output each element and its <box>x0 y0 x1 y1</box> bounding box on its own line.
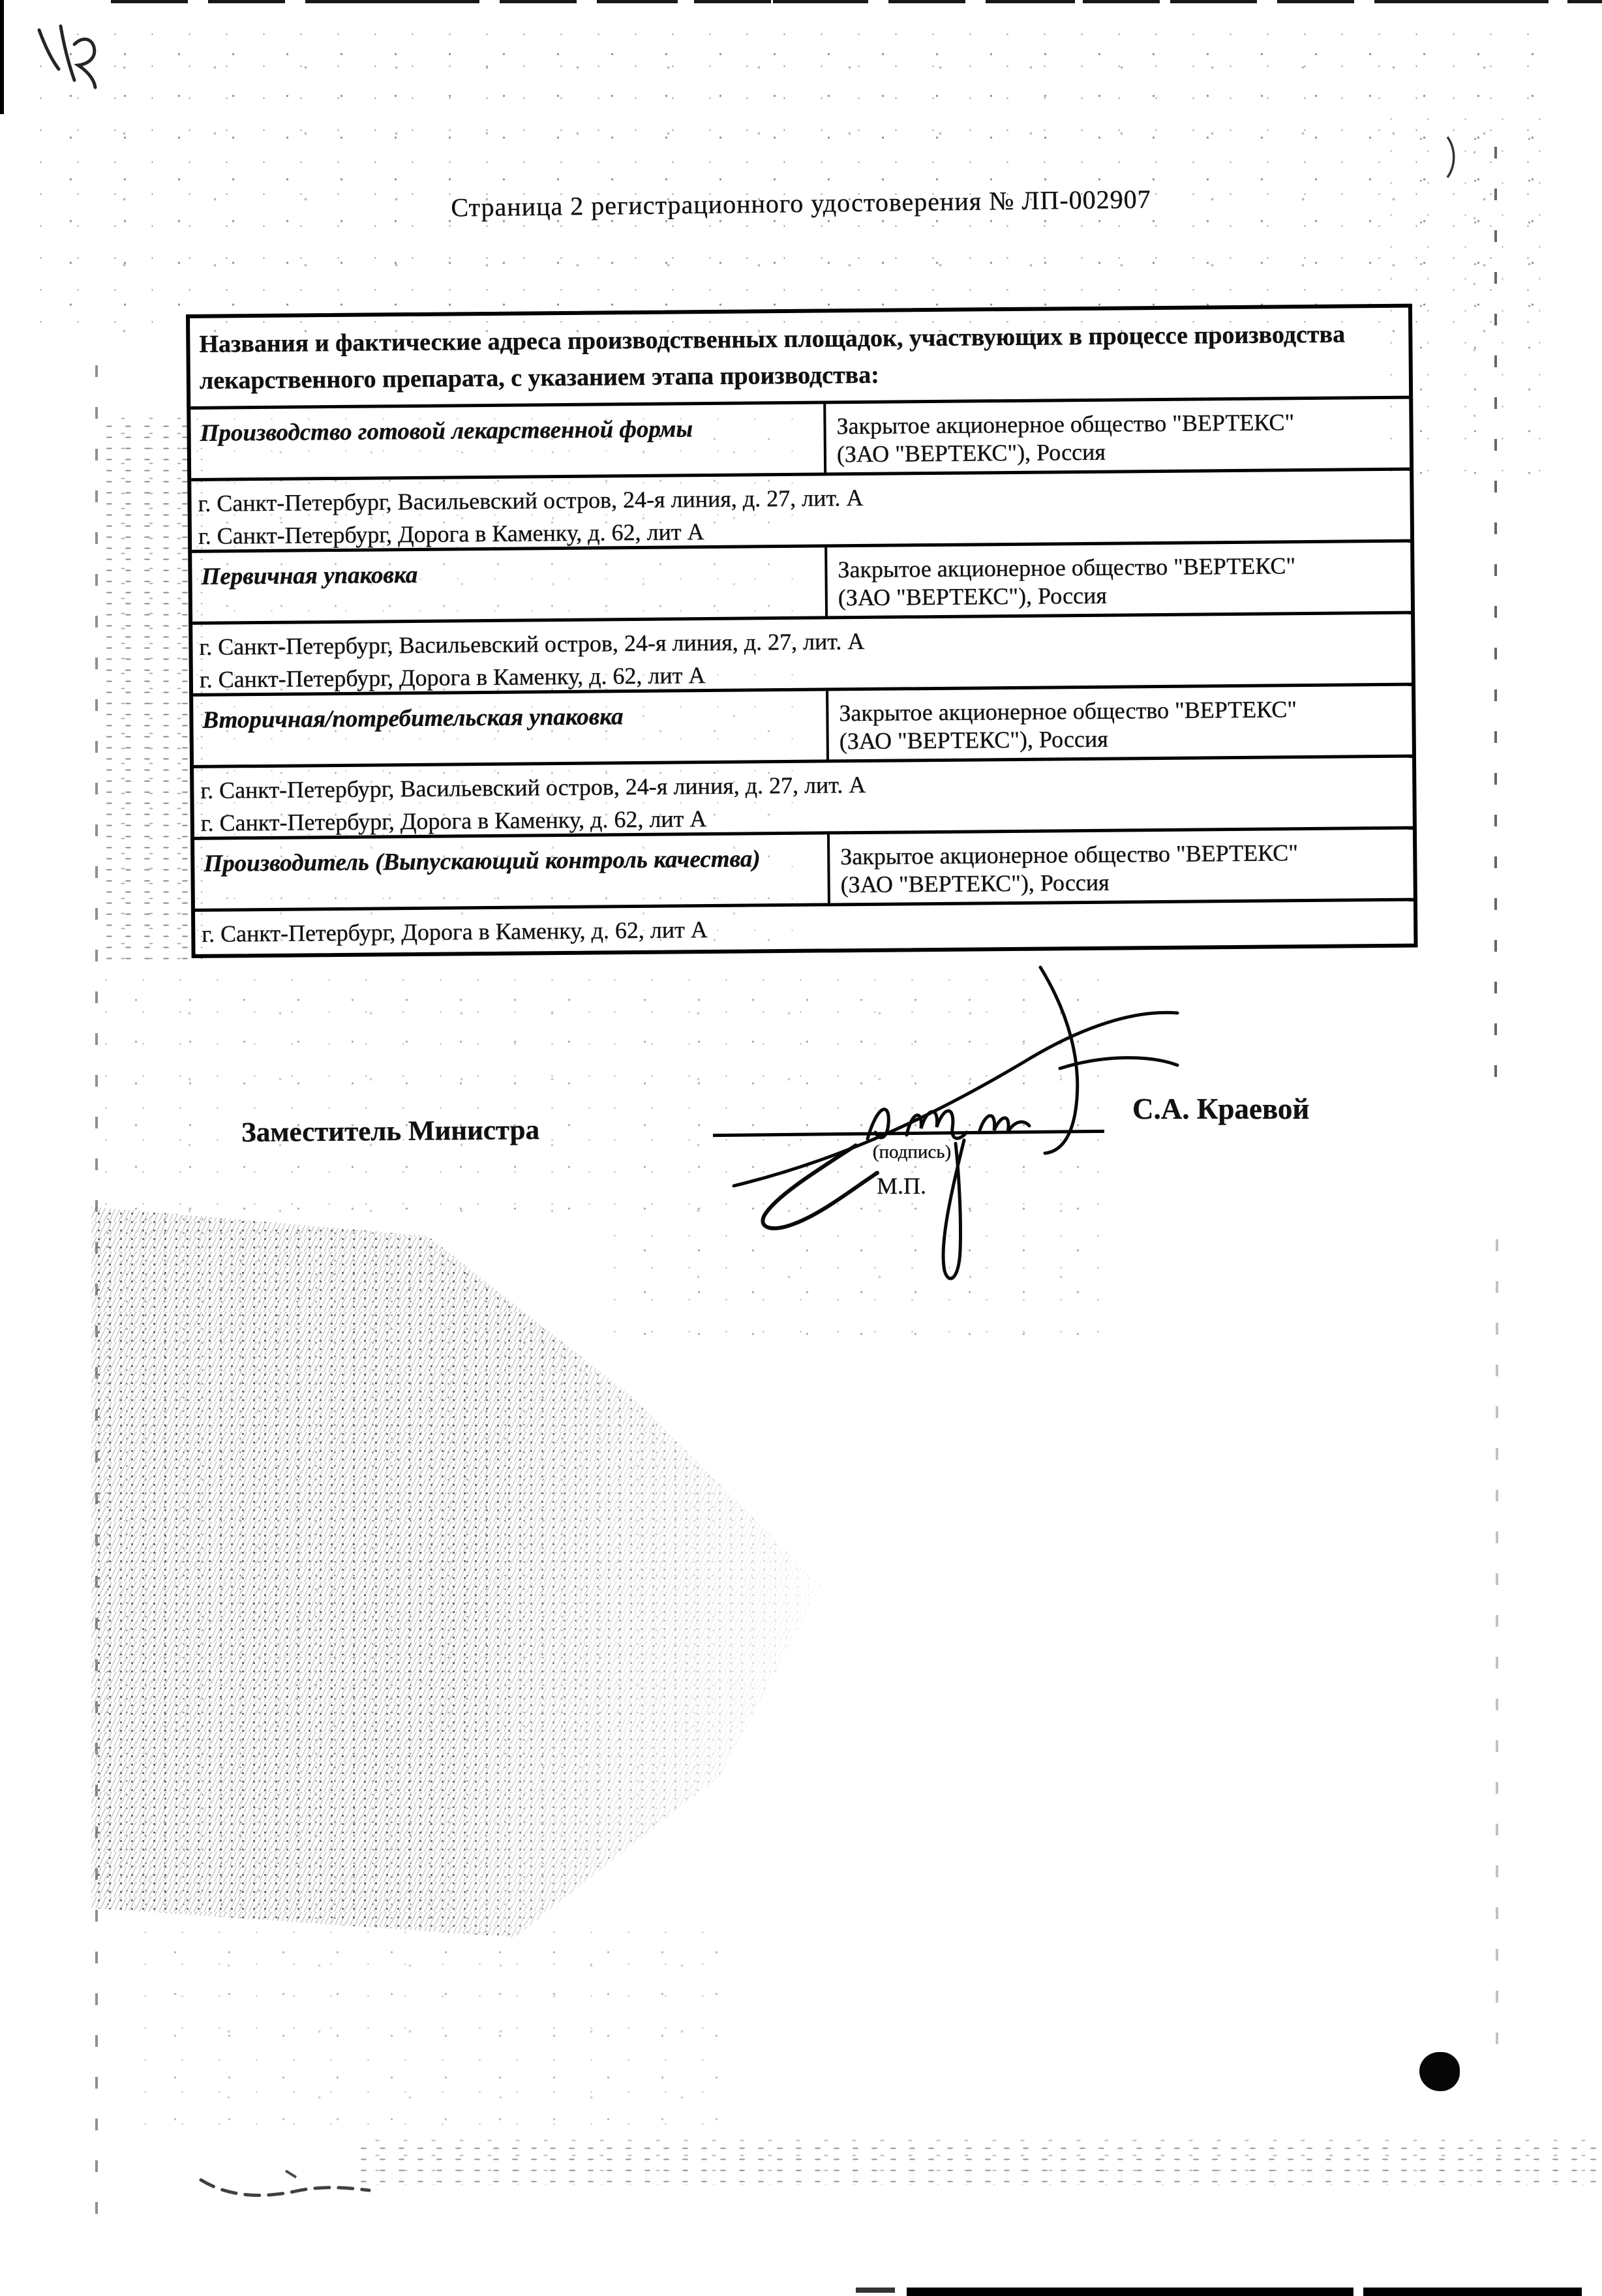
scan-noise-left-margin <box>98 417 202 965</box>
manufacturer-line: (ЗАО "ВЕРТЕКС"), Россия <box>838 579 1407 612</box>
table-row-addresses: г. Санкт-Петербург, Васильевский остров,… <box>194 755 1413 837</box>
manufacturer-line: (ЗАО "ВЕРТЕКС"), Россия <box>840 866 1409 899</box>
scan-noise-right-margin <box>1389 111 1559 476</box>
manufacturer-line: (ЗАО "ВЕРТЕКС"), Россия <box>837 436 1406 469</box>
table-row-addresses: г. Санкт-Петербург, Васильевский остров,… <box>191 468 1410 550</box>
stage-cell: Первичная упаковка <box>192 547 828 621</box>
manufacturer-line: Закрытое акционерное общество "ВЕРТЕКС" <box>838 551 1406 584</box>
table-row-production-stage: Производство готовой лекарственной формы… <box>190 396 1410 478</box>
scan-top-edge-dashes <box>111 0 1602 3</box>
table-row-addresses: г. Санкт-Петербург, Васильевский остров,… <box>192 611 1412 693</box>
handwritten-corner-mark <box>31 18 116 97</box>
manufacturer-line: Закрытое акционерное общество "ВЕРТЕКС" <box>840 838 1409 871</box>
stage-cell: Производитель (Выпускающий контроль каче… <box>194 834 830 908</box>
scan-left-edge-bar <box>0 0 4 114</box>
manufacturer-cell: Закрытое акционерное общество "ВЕРТЕКС" … <box>827 543 1411 616</box>
scan-noise-lower-left <box>144 1924 731 2139</box>
scan-right-margin-line <box>1494 147 1497 1106</box>
scan-noise-mid-left <box>104 972 600 1213</box>
page-title: Страница 2 регистрационного удостоверени… <box>0 178 1602 228</box>
table-row-primary-packaging: Первичная упаковка Закрытое акционерное … <box>192 539 1411 622</box>
signatory-title: Заместитель Министра <box>241 1114 539 1149</box>
signatory-name: С.А. Краевой <box>1132 1092 1309 1126</box>
scan-bottom-bar-right <box>1363 2288 1582 2296</box>
manufacturer-cell: Закрытое акционерное общество "ВЕРТЕКС" … <box>828 686 1412 760</box>
manufacturer-cell: Закрытое акционерное общество "ВЕРТЕКС" … <box>830 830 1413 903</box>
scan-noise-bottom-band <box>352 2139 1598 2185</box>
scan-left-margin-line <box>95 365 98 2244</box>
scan-bottom-bar-left <box>907 2288 1353 2296</box>
signature-caption: (подпись) <box>808 1141 1016 1163</box>
table-row-quality-control: Производитель (Выпускающий контроль каче… <box>194 826 1413 909</box>
scan-right-margin-line-lower <box>1496 1239 1498 2055</box>
stage-cell: Производство готовой лекарственной формы <box>190 404 826 477</box>
manufacturer-line: Закрытое акционерное общество "ВЕРТЕКС" <box>836 408 1405 441</box>
scan-bottom-dash <box>856 2288 895 2293</box>
scan-bottom-squiggle <box>196 2167 385 2206</box>
stage-cell: Вторичная/потребительская упаковка <box>193 691 829 764</box>
manufacturing-sites-table: Названия и фактические адреса производст… <box>186 304 1418 958</box>
scan-paren-mark <box>1445 136 1460 181</box>
address-line: г. Санкт-Петербург, Дорога в Каменку, д.… <box>202 907 1407 950</box>
scanned-registration-certificate-page: Страница 2 регистрационного удостоверени… <box>0 0 1602 2296</box>
manufacturer-line: Закрытое акционерное общество "ВЕРТЕКС" <box>839 695 1408 728</box>
seal-place-label: М.П. <box>877 1172 926 1200</box>
table-header: Названия и фактические адреса производст… <box>190 308 1409 406</box>
ink-dot-mark <box>1419 2052 1460 2091</box>
table-row-secondary-packaging: Вторичная/потребительская упаковка Закры… <box>193 683 1412 765</box>
manufacturer-line: (ЗАО "ВЕРТЕКС"), Россия <box>839 723 1408 756</box>
handwritten-signature <box>685 964 1181 1310</box>
scan-noise-blob <box>91 1207 822 1937</box>
manufacturer-cell: Закрытое акционерное общество "ВЕРТЕКС" … <box>826 399 1410 473</box>
